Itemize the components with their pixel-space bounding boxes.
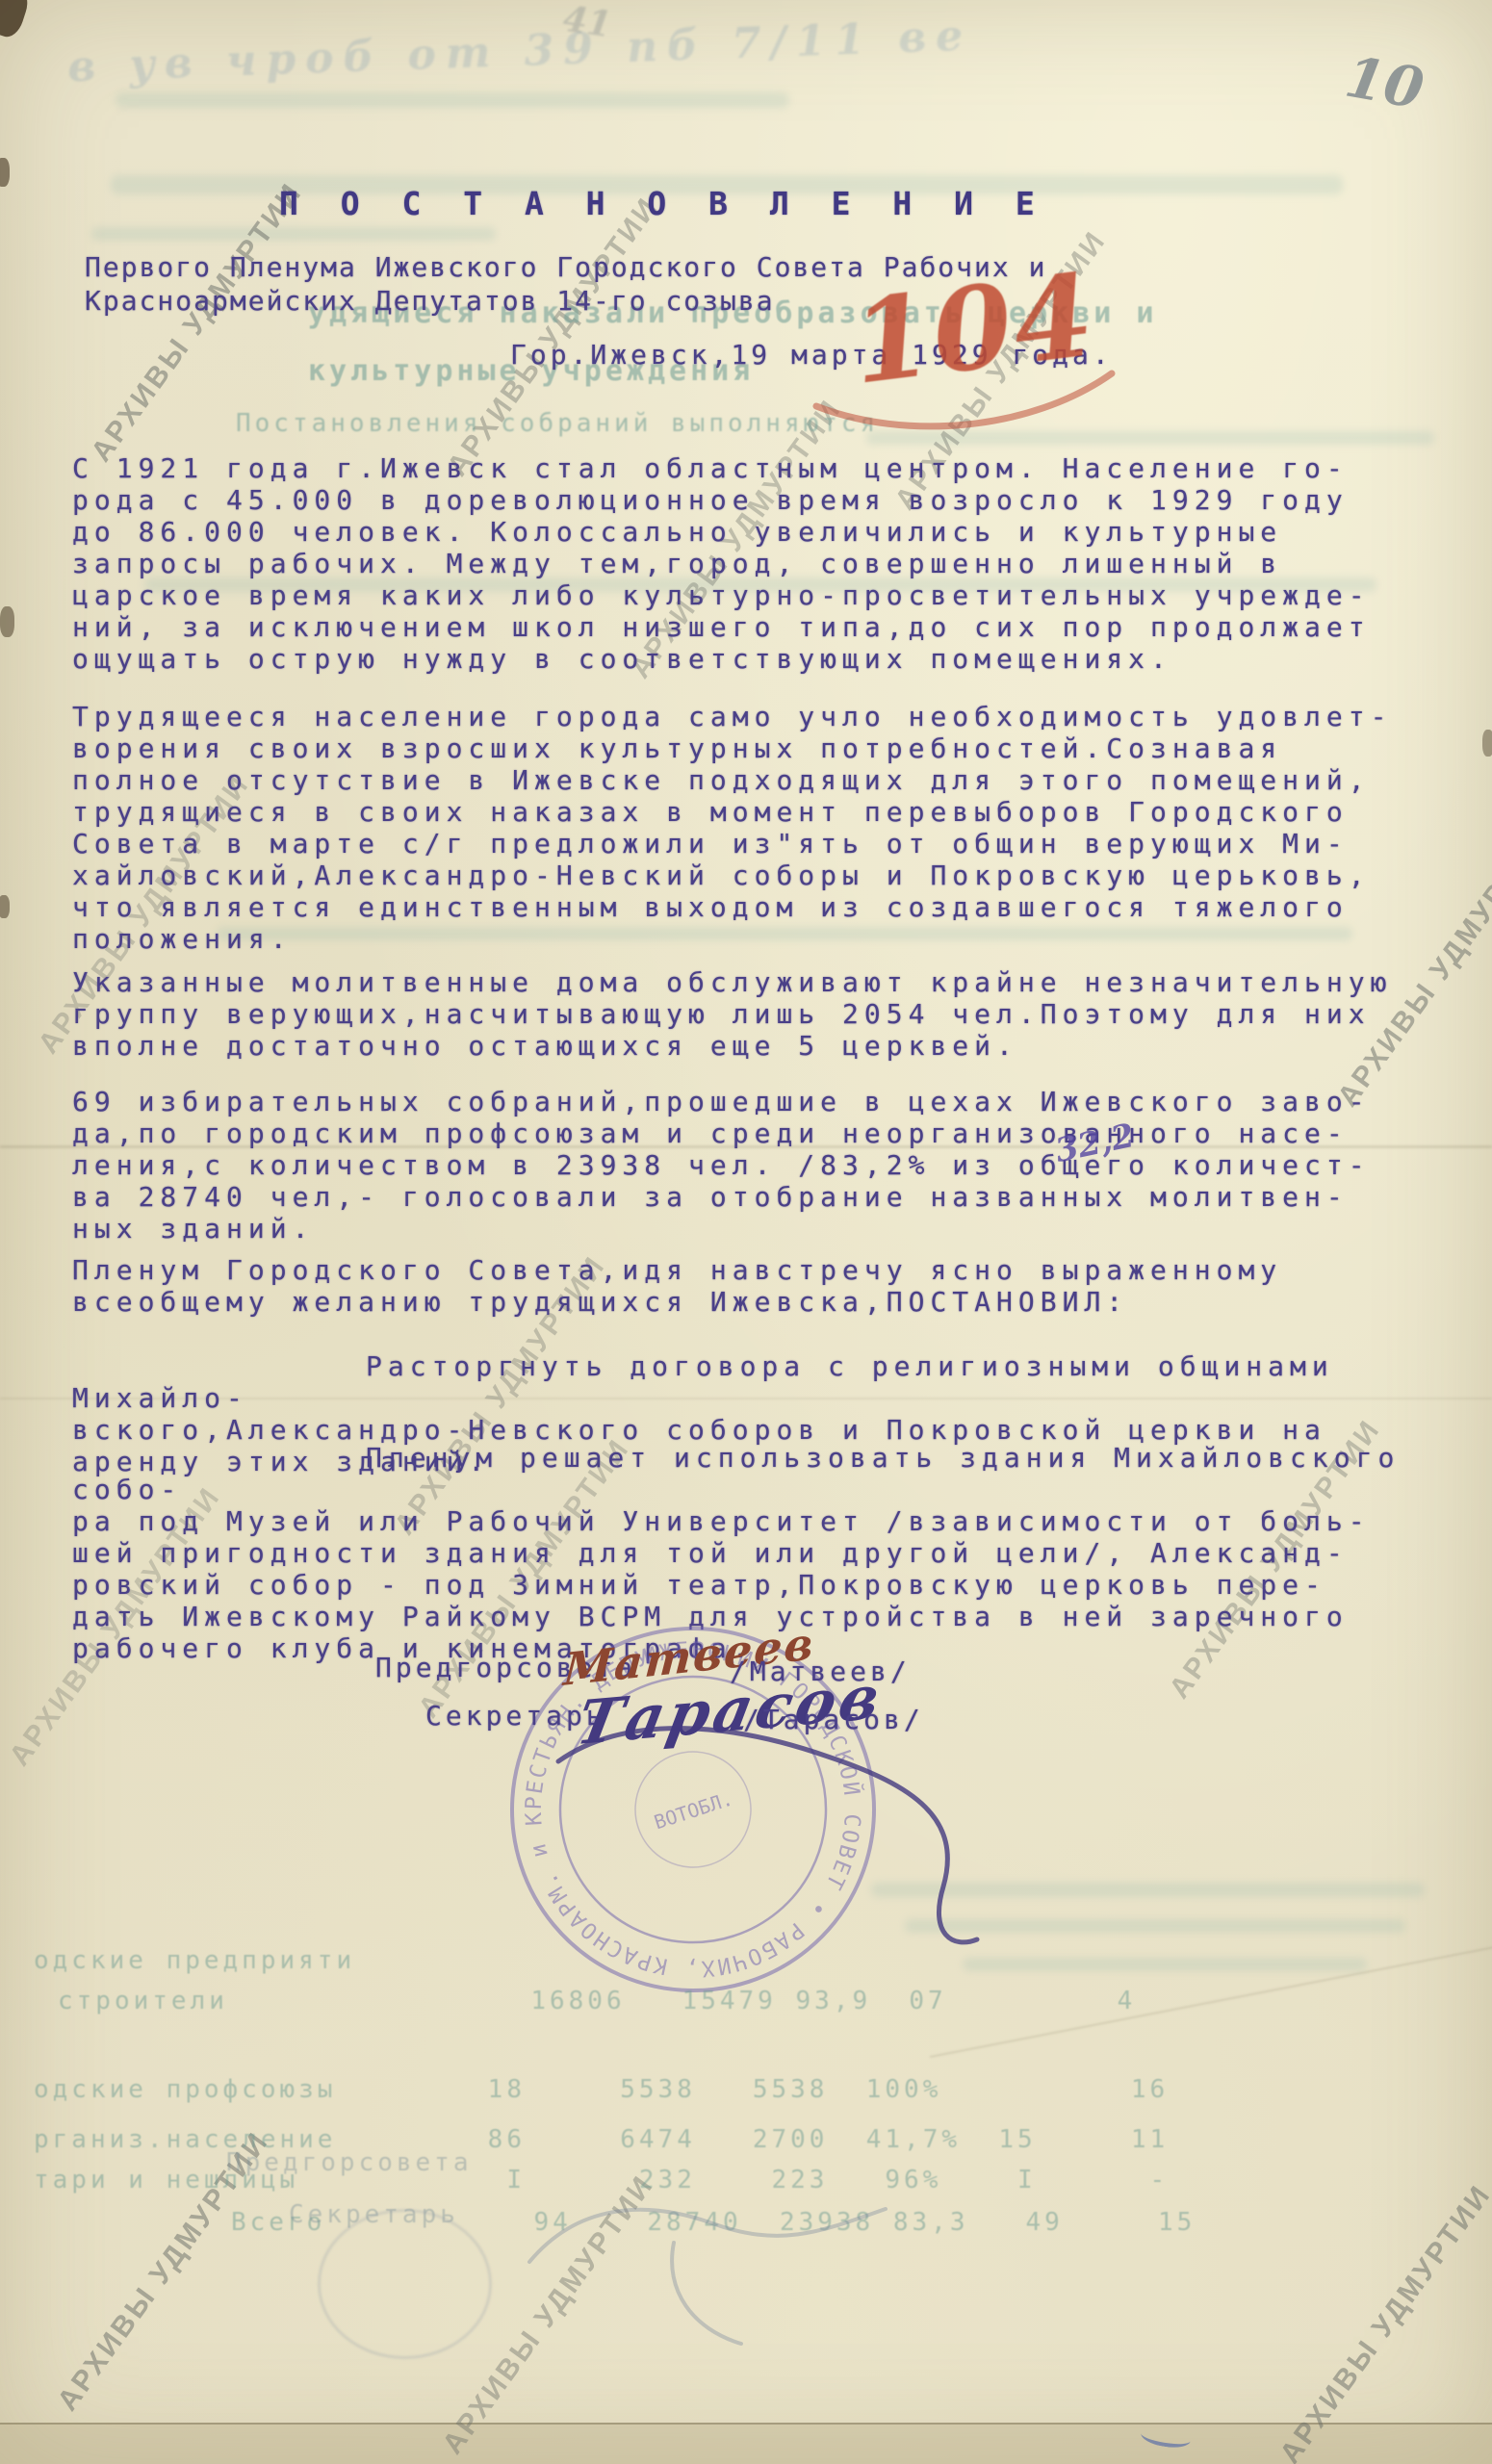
ghost-signature-squiggle — [501, 2185, 905, 2368]
ghost-headline: Постановления собраний выполняются — [236, 409, 879, 438]
corner-mark: 41 — [560, 0, 613, 45]
paragraph-1: С 1921 года г.Ижевск стал областным цент… — [72, 452, 1478, 675]
scan-bottom-edge — [0, 2423, 1492, 2464]
doc-title: П О С Т А Н О В Л Е Н И Е — [279, 185, 1046, 222]
scanned-document-page: АРХИВЫ УДМУРТИИ АРХИВЫ УДМУРТИИ АРХИВЫ У… — [0, 0, 1492, 2464]
page-number-annotation: 10 — [1341, 44, 1428, 122]
edge-spot — [1482, 730, 1492, 757]
edge-spot — [0, 606, 14, 637]
ghost-table-row: строители 16806 15479 93,9 07 4 — [58, 1987, 1136, 2015]
ghost-table-row: одские предприяти — [34, 1946, 355, 1975]
secretary-signature-flourish — [539, 1704, 1001, 2021]
ghost-table-row: рганиз.население 86 6474 2700 41,7% 15 1… — [34, 2125, 1169, 2154]
paragraph-4: 69 избирательных собраний,прошедшие в це… — [72, 1086, 1478, 1245]
top-handwritten-scrawl: в ув чроб от 39 пб 7/11 ве — [66, 12, 973, 92]
ghost-table-row: одские профсоюзы 18 5538 5538 100% 16 — [34, 2075, 1169, 2104]
paragraph-2: Трудящееся население города само учло не… — [72, 701, 1478, 955]
edge-spot — [0, 895, 10, 918]
edge-spot — [0, 158, 10, 187]
ghost-stamp-circle — [318, 2209, 492, 2359]
corner-tear-mark — [0, 0, 32, 40]
bleed-smudge — [963, 1958, 1367, 1971]
bleed-smudge — [116, 92, 789, 108]
paragraph-3: Указанные молитвенные дома обслуживают к… — [72, 966, 1478, 1062]
red-pencil-stroke — [789, 260, 1136, 452]
bleed-smudge — [91, 227, 496, 241]
archive-watermark: АРХИВЫ УДМУРТИИ — [1273, 2179, 1492, 2464]
paragraph-5: Пленум Городского Совета,идя навстречу я… — [72, 1254, 1478, 1318]
ghost-chairman-label: Предгорсовета — [226, 2148, 473, 2177]
